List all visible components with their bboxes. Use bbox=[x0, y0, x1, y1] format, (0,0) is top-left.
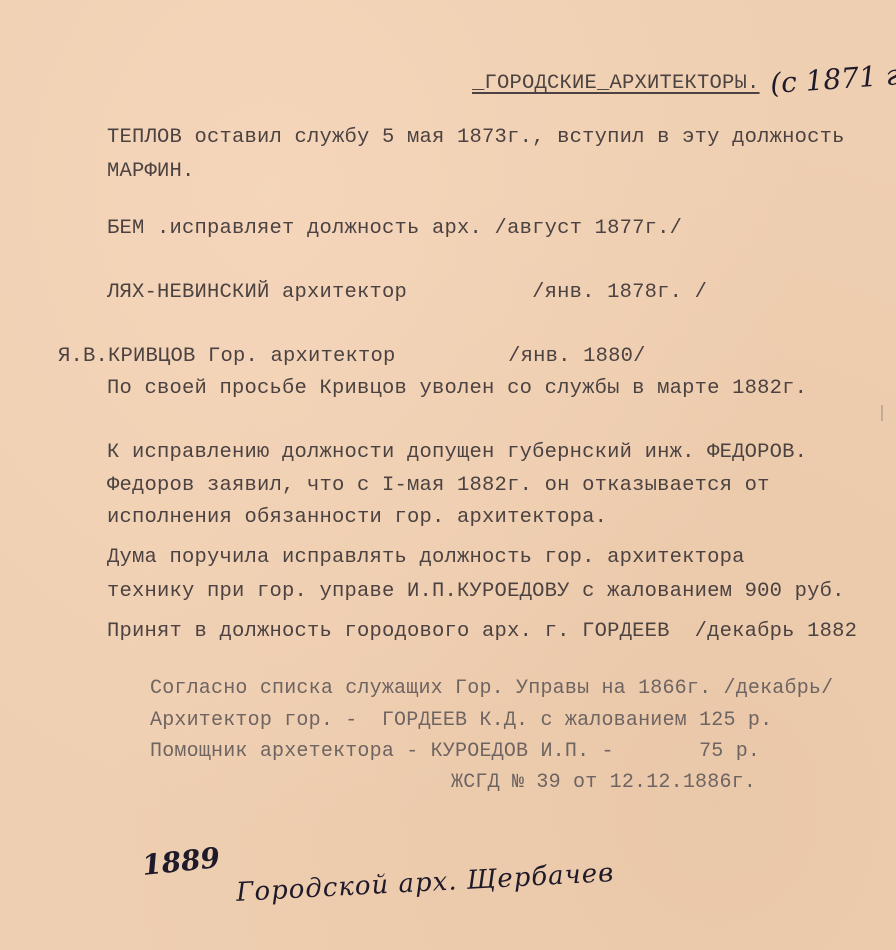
staff-list-line: Помощник архетектора - КУРОЕДОВ И.П. - 7… bbox=[150, 740, 760, 763]
handwritten-year: 1889 bbox=[140, 841, 221, 882]
staff-list-line: Архитектор гор. - ГОРДЕЕВ К.Д. с жалован… bbox=[150, 709, 772, 732]
paragraph-line: К исправлению должности допущен губернск… bbox=[107, 441, 807, 464]
paragraph-line: По своей просьбе Кривцов уволен со служб… bbox=[107, 377, 807, 400]
paragraph-line: ТЕПЛОВ оставил службу 5 мая 1873г., всту… bbox=[107, 126, 845, 149]
paragraph-line: Принят в должность городового арх. г. ГО… bbox=[107, 620, 857, 643]
paragraph-line: Федоров заявил, что с I-мая 1882г. он от… bbox=[107, 474, 770, 497]
handwritten-note: Городской арх. Щербачев bbox=[235, 858, 615, 908]
paragraph-line: исполнения обязанности гор. архитектора. bbox=[107, 506, 607, 529]
paragraph-line: Дума поручила исправлять должность гор. … bbox=[107, 546, 745, 569]
handwritten-title-note: (с 1871 г.) bbox=[769, 57, 896, 100]
paragraph-line: Я.В.КРИВЦОВ Гор. архитектор /янв. 1880/ bbox=[58, 345, 646, 368]
staff-list-reference: ЖСГД № 39 от 12.12.1886г. bbox=[451, 771, 756, 794]
paper-mark bbox=[881, 405, 883, 421]
paragraph-line: МАРФИН. bbox=[107, 160, 195, 183]
paragraph-line: БЕМ .исправляет должность арх. /август 1… bbox=[107, 217, 682, 240]
document-title: _ГОРОДСКИЕ_АРХИТЕКТОРЫ. bbox=[472, 72, 760, 95]
staff-list-line: Согласно списка служащих Гор. Управы на … bbox=[150, 677, 833, 700]
paragraph-line: технику при гор. управе И.П.КУРОЕДОВУ с … bbox=[107, 580, 845, 603]
paragraph-line: ЛЯХ-НЕВИНСКИЙ архитектор /янв. 1878г. / bbox=[107, 281, 707, 304]
